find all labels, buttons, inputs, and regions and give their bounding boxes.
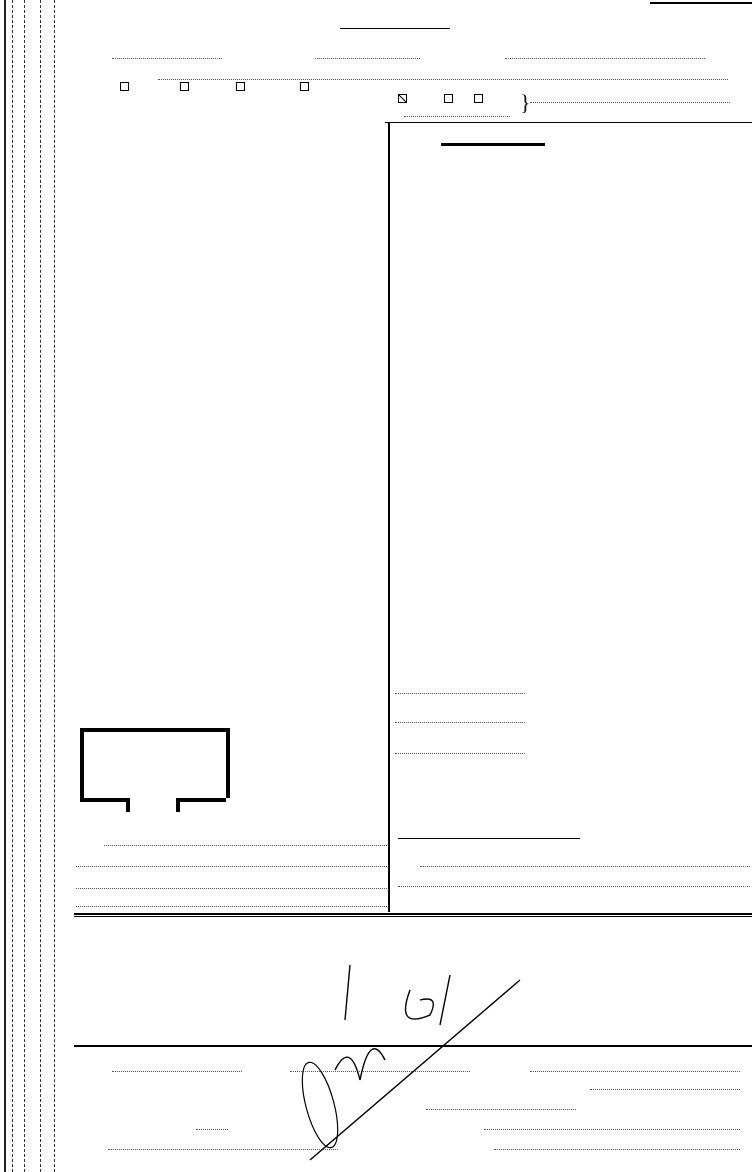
marital-divorced[interactable] — [300, 82, 311, 91]
brace: } — [520, 90, 531, 116]
title-underline — [340, 28, 450, 29]
corner-line — [650, 2, 752, 4]
spouse-husband[interactable] — [398, 94, 409, 103]
marital-single[interactable] — [180, 82, 191, 91]
lot-diagram — [80, 728, 230, 798]
marital-widowed[interactable] — [236, 82, 247, 91]
divider — [385, 122, 752, 123]
spouse-widow[interactable] — [474, 94, 485, 103]
binding-edge — [0, 0, 70, 1172]
marital-married[interactable] — [120, 82, 131, 91]
column-divider — [388, 122, 390, 912]
spouse-wife[interactable] — [444, 94, 455, 103]
signature-scribble — [290, 960, 550, 1172]
